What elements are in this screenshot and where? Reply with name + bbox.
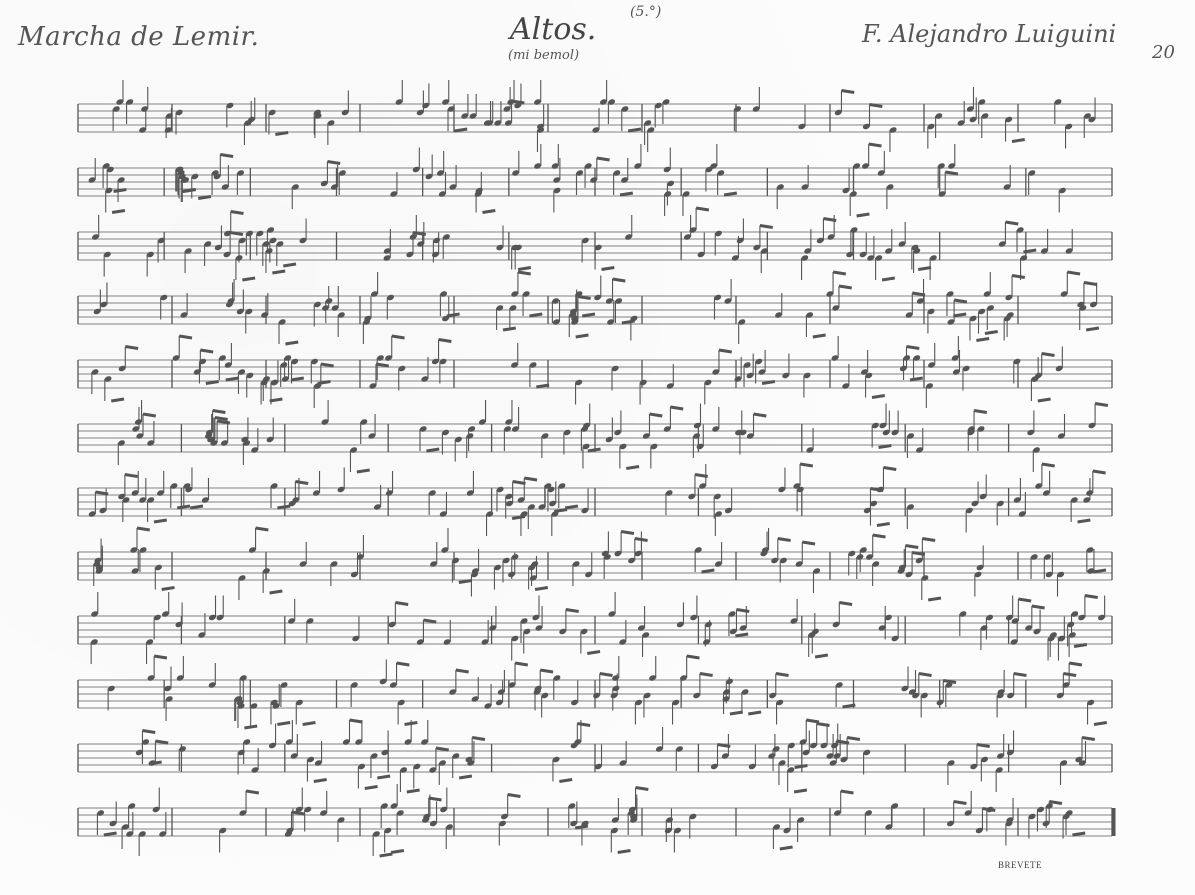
manuscript-page: Marcha de Lemir. (5.°) Altos. (mi bemol)…: [0, 0, 1195, 895]
staff: [78, 552, 1112, 580]
brevete-stamp: BREVETE: [998, 860, 1042, 870]
staff: [78, 808, 1112, 836]
music-staves: [0, 0, 1195, 895]
